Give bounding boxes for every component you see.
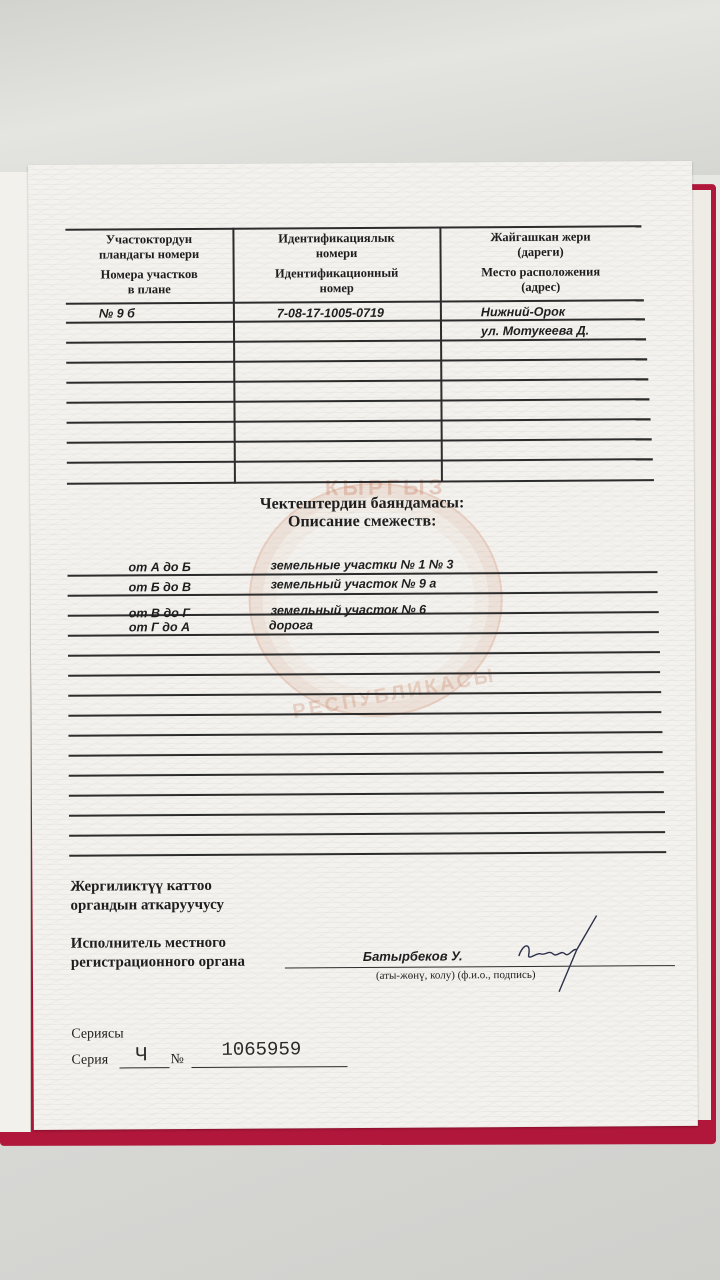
table-rule: [66, 338, 646, 343]
header-text: номери: [234, 245, 440, 261]
header-id-number: Идентификациялык номери Идентификационны…: [233, 230, 439, 296]
adjacency-rule: [69, 831, 665, 836]
executor-label-ru: Исполнитель местного регистрационного ор…: [71, 934, 245, 973]
address-line-1: Нижний-Орок: [481, 305, 565, 320]
series-value: Ч: [135, 1044, 147, 1067]
table-rule: [66, 358, 647, 363]
adjacency-rule: [68, 731, 662, 736]
segment-v-g-description: земельный участок № 6: [271, 603, 426, 618]
header-text: номер: [234, 280, 440, 296]
number-line: [192, 1066, 348, 1068]
header-text: (дареги): [440, 244, 640, 260]
executor-label-ky: Жергиликтүү каттоо органдын аткаруучусу: [70, 877, 224, 916]
series-label-ky: Сериясы: [71, 1026, 123, 1042]
segment-b-v-description: земельный участок № 9 а: [271, 577, 437, 592]
header-plot-number: Участоктордун пландагы номери Номера уча…: [65, 232, 232, 298]
left-page-edge: [0, 172, 31, 1132]
table-rule: [67, 438, 652, 443]
header-text: Жайгашкан жери: [440, 229, 640, 245]
header-text: (адрес): [441, 279, 641, 295]
series-value-line: [120, 1067, 170, 1068]
label-line: Жергиликтүү каттоо: [70, 877, 224, 897]
adjacency-title-ru: Описание смежеств:: [30, 511, 694, 533]
table-rule: [66, 398, 649, 403]
executor-name: Батырбеков У.: [363, 948, 463, 964]
id-number-value: 7-08-17-1005-0719: [277, 306, 384, 321]
series-label-ru: Серия: [71, 1053, 108, 1069]
adjacency-rule: [69, 771, 664, 776]
adjacency-rule: [69, 751, 663, 756]
label-line: органдын аткаруучусу: [70, 896, 224, 916]
header-text: Участоктордун: [65, 232, 232, 248]
header-text: Место расположения: [441, 264, 641, 280]
address-line-2: ул. Мотукеева Д.: [481, 324, 589, 339]
signature-icon: [511, 914, 601, 995]
header-text: в плане: [66, 282, 233, 298]
header-text: Идентификациялык: [233, 230, 439, 246]
segment-g-a-description: дорога: [269, 618, 313, 632]
header-address: Жайгашкан жери (дареги) Место расположен…: [440, 229, 640, 295]
segment-a-b-description: земельные участки № 1 № 3: [270, 557, 453, 572]
segment-b-v: от Б до В: [129, 580, 192, 594]
certificate-page: КЫРГЫЗ РЕСПУБЛИКАСЫ Участоктордун планда…: [28, 161, 698, 1130]
table-rule: [67, 458, 653, 463]
table-header-border: [66, 299, 644, 304]
background-surface: [0, 0, 720, 175]
certificate-number: 1065959: [221, 1038, 301, 1060]
adjacency-rule: [69, 851, 666, 856]
header-text: Идентификационный: [234, 265, 440, 281]
adjacency-rule: [69, 791, 664, 796]
signature-line: [285, 965, 675, 968]
number-label: №: [170, 1052, 183, 1068]
header-text: пландагы номери: [66, 247, 233, 263]
label-line: Исполнитель местного: [71, 934, 245, 954]
segment-v-g: от В до Г: [129, 606, 190, 620]
segment-a-b: от А до Б: [128, 560, 191, 574]
label-line: регистрационного органа: [71, 953, 245, 973]
plot-number-value: № 9 б: [99, 306, 135, 320]
adjacency-rule: [69, 811, 665, 816]
table-rule: [66, 378, 648, 383]
segment-g-a: от Г до А: [129, 620, 190, 634]
table-rule: [67, 418, 651, 423]
header-text: Номера участков: [66, 267, 233, 283]
